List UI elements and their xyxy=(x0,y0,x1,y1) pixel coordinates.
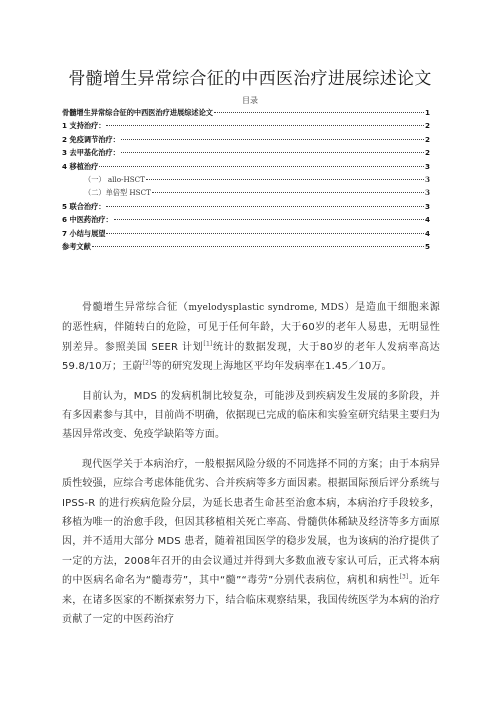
document-body: 骨髓增生异常综合征（myelodysplastic syndrome, MDS）… xyxy=(62,298,440,640)
paragraph-text: 骨髓增生异常综合征（ xyxy=(82,302,189,313)
document-page: 骨髓增生异常综合征的中西医治疗进展综述论文 目录 骨髓增生异常综合征的中西医治疗… xyxy=(0,0,500,707)
toc-entry-page: 2 xyxy=(425,148,430,157)
toc-entry-label: （一） allo-HSCT xyxy=(84,175,145,185)
toc-leader-dots xyxy=(114,219,424,220)
toc-entry-label: 5 联合治疗： xyxy=(62,202,105,212)
toc-entry-page: 5 xyxy=(425,242,430,251)
toc-leader-dots xyxy=(121,139,424,140)
toc-leader-dots xyxy=(106,233,424,234)
body-paragraph: 现代医学关于本病治疗，一般根据风险分级的不同选择不同的方案；由于本病异质性较强，… xyxy=(62,455,440,630)
toc-leader-dots xyxy=(152,192,424,193)
toc-entry[interactable]: 6 中医药治疗：4 xyxy=(62,215,430,228)
citation-ref[interactable]: [1] xyxy=(203,340,212,347)
toc-entry-page: 2 xyxy=(425,121,430,130)
paragraph-text: 目前认为，MDS 的发病机制比较复杂，可能涉及到疾病发生发展的多阶段，并有多因素… xyxy=(62,391,440,441)
toc-entry-page: 2 xyxy=(425,135,430,144)
toc-leader-dots xyxy=(146,179,424,180)
toc-entry[interactable]: 参考文献5 xyxy=(62,242,430,255)
toc-leader-dots xyxy=(92,246,424,247)
toc-entry[interactable]: （一） allo-HSCT3 xyxy=(62,175,430,188)
toc-entry-label: 骨髓增生异常综合征的中西医治疗进展综述论文 xyxy=(62,108,213,118)
toc-entry[interactable]: 1 支持治疗：2 xyxy=(62,121,430,134)
toc-entry[interactable]: 7 小结与展望4 xyxy=(62,229,430,242)
toc-entry[interactable]: （二）单倍型 HSCT3 xyxy=(62,188,430,201)
toc-entry-page: 3 xyxy=(425,175,430,184)
toc-leader-dots xyxy=(214,112,424,113)
toc-entry-label: 2 免疫调节治疗： xyxy=(62,135,120,145)
table-of-contents: 骨髓增生异常综合征的中西医治疗进展综述论文11 支持治疗：22 免疫调节治疗：2… xyxy=(62,108,430,255)
toc-entry-page: 3 xyxy=(425,202,430,211)
paragraph-text: 现代医学关于本病治疗，一般根据风险分级的不同选择不同的方案；由于本病异质性较强，… xyxy=(62,459,440,586)
toc-entry[interactable]: 3 去甲基化治疗：2 xyxy=(62,148,430,161)
toc-entry[interactable]: 4 移植治疗3 xyxy=(62,162,430,175)
citation-ref[interactable]: [2] xyxy=(143,360,152,367)
body-paragraph: 骨髓增生异常综合征（myelodysplastic syndrome, MDS）… xyxy=(62,298,440,377)
paragraph-text: 等的研究发现上海地区平均年发病率在1.45／10万。 xyxy=(152,361,392,372)
document-title: 骨髓增生异常综合征的中西医治疗进展综述论文 xyxy=(0,64,500,89)
toc-entry-page: 4 xyxy=(425,229,430,238)
toc-leader-dots xyxy=(106,125,424,126)
toc-entry-label: 7 小结与展望 xyxy=(62,229,105,239)
toc-entry[interactable]: 5 联合治疗：3 xyxy=(62,202,430,215)
toc-entry-page: 1 xyxy=(425,108,430,117)
citation-ref[interactable]: [3] xyxy=(399,574,408,581)
toc-entry-page: 4 xyxy=(425,215,430,224)
body-paragraph: 目前认为，MDS 的发病机制比较复杂，可能涉及到疾病发生发展的多阶段，并有多因素… xyxy=(62,387,440,445)
toc-entry-label: 1 支持治疗： xyxy=(62,121,105,131)
toc-leader-dots xyxy=(106,206,424,207)
toc-entry-page: 3 xyxy=(425,188,430,197)
toc-entry[interactable]: 2 免疫调节治疗：2 xyxy=(62,135,430,148)
toc-entry-label: 参考文献 xyxy=(62,242,91,252)
toc-leader-dots xyxy=(121,152,424,153)
toc-entry-label: 6 中医药治疗： xyxy=(62,215,113,225)
toc-entry-label: 3 去甲基化治疗： xyxy=(62,148,120,158)
toc-entry[interactable]: 骨髓增生异常综合征的中西医治疗进展综述论文1 xyxy=(62,108,430,121)
toc-leader-dots xyxy=(99,166,424,167)
toc-entry-label: 4 移植治疗 xyxy=(62,162,98,172)
toc-entry-label: （二）单倍型 HSCT xyxy=(84,188,151,198)
toc-entry-page: 3 xyxy=(425,162,430,171)
toc-heading: 目录 xyxy=(0,95,500,106)
paragraph-text: myelodysplastic syndrome, MDS xyxy=(189,303,345,313)
